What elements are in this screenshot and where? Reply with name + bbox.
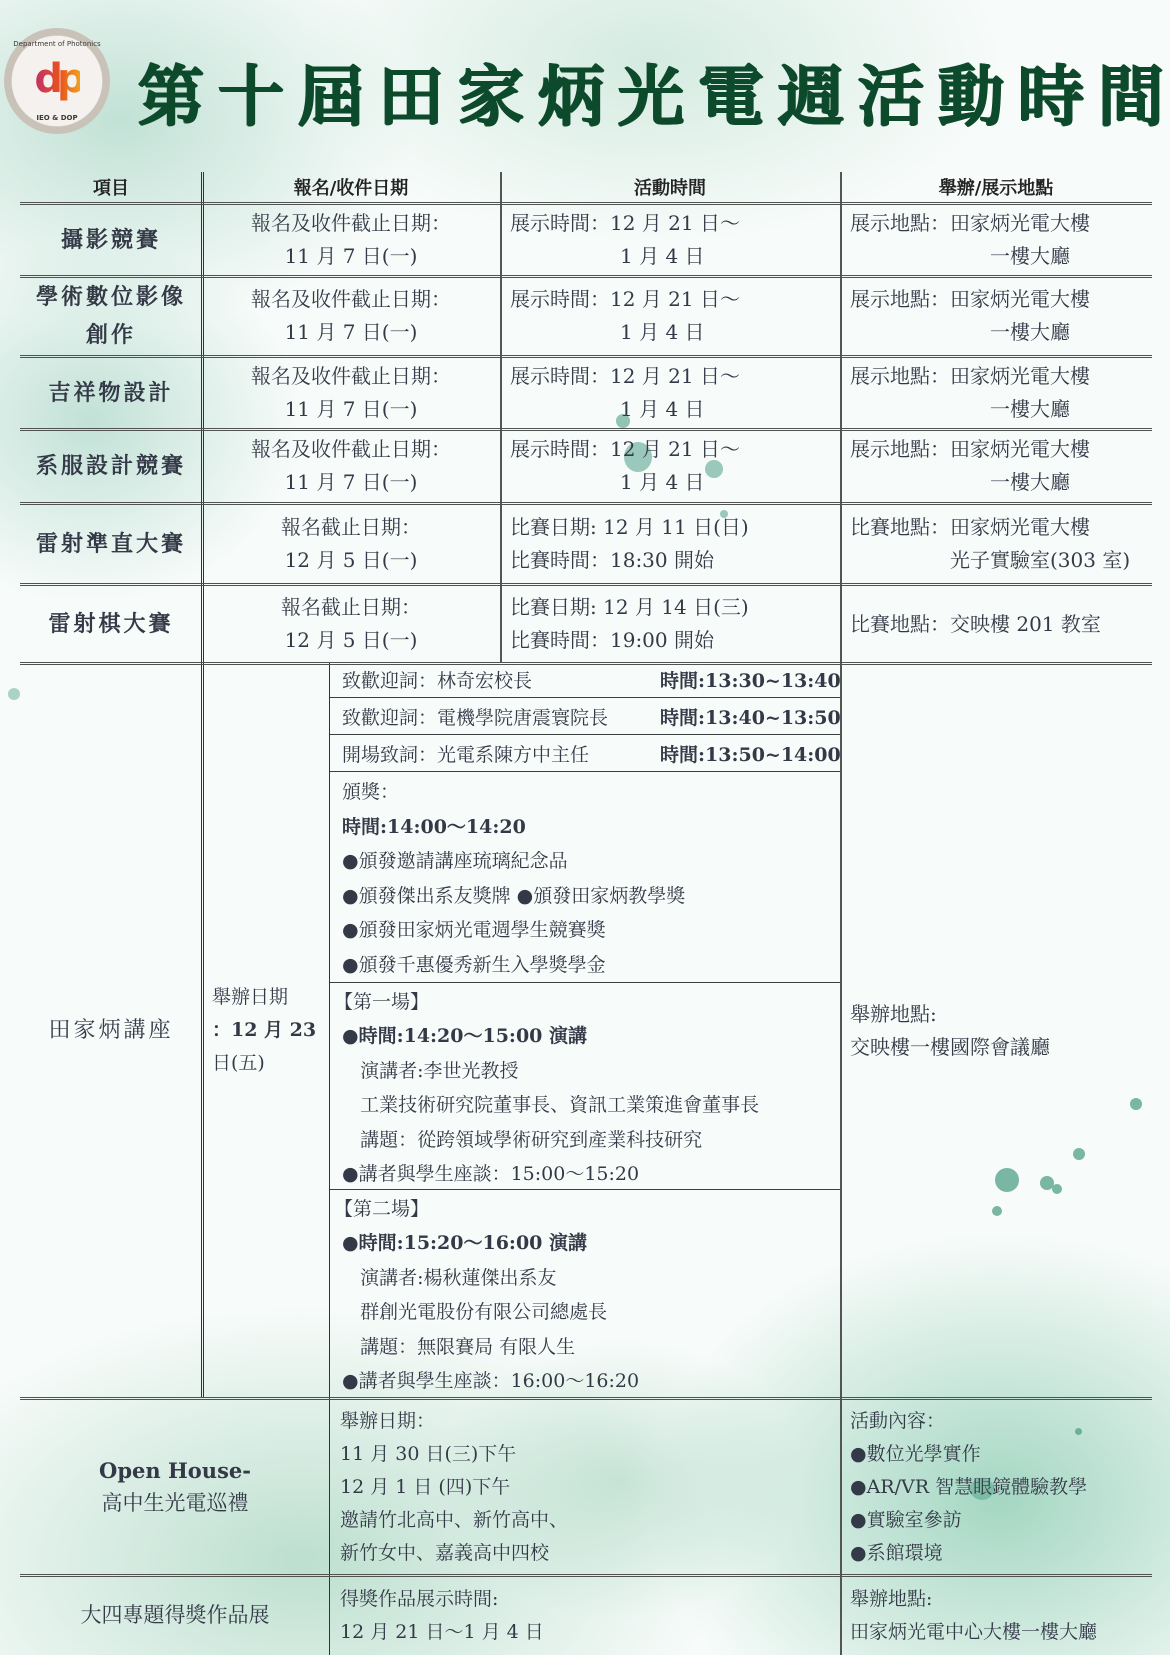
awards-title: 頒獎： xyxy=(342,777,399,804)
table-row-item: 雷射準直大賽 xyxy=(20,504,202,584)
session2-line: ●時間:15:20～16:00 演講 xyxy=(342,1228,587,1255)
table-row-signup: 報名及收件截止日期：11 月 7 日(一) xyxy=(202,204,500,276)
table-row-signup: 報名及收件截止日期：11 月 7 日(一) xyxy=(202,357,500,429)
table-row-signup: 報名及收件截止日期：11 月 7 日(一) xyxy=(202,277,500,355)
session2-line: 群創光電股份有限公司總處長 xyxy=(342,1297,607,1324)
open-house-content: 活動內容：●數位光學實作●AR/VR 智慧眼鏡體驗教學●實驗室參訪●系館環境 xyxy=(840,1399,1152,1575)
table-row-venue: 比賽地點：交映樓 201 教室 xyxy=(840,585,1152,663)
speech-time: 時間:13:30~13:40 xyxy=(660,666,841,693)
lecture-item: 田家炳講座 xyxy=(20,664,202,1397)
lecture-venue: 舉辦地點:交映樓一樓國際會議廳 xyxy=(840,664,1152,1397)
table-row-time: 展示時間：12 月 21 日～1 月 4 日 xyxy=(500,277,840,355)
senior-project-venue: 舉辦地點:田家炳光電中心大樓一樓大廳 xyxy=(840,1576,1152,1655)
session1-line: ●時間:14:20～15:00 演講 xyxy=(342,1021,587,1048)
session1-line: 演講者:李世光教授 xyxy=(342,1056,519,1083)
column-header-time: 活動時間 xyxy=(500,172,840,204)
session1-title: 【第一場】 xyxy=(334,987,429,1014)
column-header-item: 項目 xyxy=(20,172,202,204)
table-row-signup: 報名截止日期：12 月 5 日(一) xyxy=(202,585,500,663)
open-house-date: 舉辦日期：11 月 30 日(三)下午12 月 1 日 (四)下午邀請竹北高中、… xyxy=(330,1399,840,1575)
awards-time: 時間:14:00～14:20 xyxy=(342,812,526,839)
speech-welcome-dean: 致歡迎詞：電機學院唐震寰院長 xyxy=(342,703,608,730)
lecture-inner-divider xyxy=(330,1189,840,1190)
department-logo: Department of Photonics dp IEO & DOP xyxy=(4,28,110,134)
table-row-venue: 展示地點：田家炳光電大樓一樓大廳 xyxy=(840,430,1152,502)
column-header-venue: 舉辦/展示地點 xyxy=(840,172,1152,204)
logo-ring-text-bottom: IEO & DOP xyxy=(4,114,110,122)
senior-project-item: 大四專題得獎作品展 xyxy=(20,1576,330,1655)
award-item: ●頒發邀請講座琉璃紀念品 xyxy=(342,846,568,873)
speech-welcome-president: 致歡迎詞：林奇宏校長 xyxy=(342,666,532,693)
page-title: 第十屆田家炳光電週活動時間表 xyxy=(138,50,1158,142)
lecture-date: 舉辦日期：12 月 23日(五) xyxy=(202,664,330,1397)
senior-project-time: 得獎作品展示時間:12 月 21 日～1 月 4 日 xyxy=(330,1576,840,1655)
table-row-venue: 展示地點：田家炳光電大樓一樓大廳 xyxy=(840,204,1152,276)
speech-time: 時間:13:50~14:00 xyxy=(660,740,841,767)
lecture-inner-divider xyxy=(330,982,840,983)
lecture-inner-divider xyxy=(330,697,840,698)
table-row-time: 比賽日期: 12 月 14 日(三)比賽時間：19:00 開始 xyxy=(500,585,840,663)
table-row-venue: 比賽地點：田家炳光電大樓光子實驗室(303 室) xyxy=(840,504,1152,584)
table-row-item: 攝影競賽 xyxy=(20,204,202,276)
column-header-signup: 報名/收件日期 xyxy=(202,172,500,204)
table-row-venue: 展示地點：田家炳光電大樓一樓大廳 xyxy=(840,357,1152,429)
table-row-time: 展示時間：12 月 21 日～1 月 4 日 xyxy=(500,430,840,502)
table-row-time: 展示時間：12 月 21 日～1 月 4 日 xyxy=(500,357,840,429)
session2-line: 講題：無限賽局 有限人生 xyxy=(342,1332,575,1359)
session1-line: 講題：從跨領域學術研究到產業科技研究 xyxy=(342,1125,702,1152)
award-item: ●頒發傑出系友獎牌 ●頒發田家炳教學獎 xyxy=(342,881,685,908)
session2-line: ●講者與學生座談：16:00～16:20 xyxy=(342,1366,639,1393)
lecture-inner-divider xyxy=(330,734,840,735)
table-row-item: 吉祥物設計 xyxy=(20,357,202,429)
paint-splat xyxy=(8,688,20,700)
table-row-time: 展示時間：12 月 21 日～1 月 4 日 xyxy=(500,204,840,276)
table-row-item: 學術數位影像創作 xyxy=(20,277,202,355)
table-row-item: 雷射棋大賽 xyxy=(20,585,202,663)
session2-line: 演講者:楊秋蓮傑出系友 xyxy=(342,1263,557,1290)
session1-line: ●講者與學生座談：15:00～15:20 xyxy=(342,1159,639,1186)
logo-mark: dp xyxy=(34,56,79,102)
table-row-venue: 展示地點：田家炳光電大樓一樓大廳 xyxy=(840,277,1152,355)
session2-title: 【第二場】 xyxy=(334,1194,429,1221)
award-item: ●頒發千惠優秀新生入學獎學金 xyxy=(342,950,606,977)
session1-line: 工業技術研究院董事長、資訊工業策進會董事長 xyxy=(342,1090,759,1117)
speech-opening-chair: 開場致詞：光電系陳方中主任 xyxy=(342,740,589,767)
table-row-time: 比賽日期: 12 月 11 日(日)比賽時間：18:30 開始 xyxy=(500,504,840,584)
table-row-item: 系服設計競賽 xyxy=(20,430,202,502)
speech-time: 時間:13:40~13:50 xyxy=(660,703,841,730)
lecture-inner-divider xyxy=(330,771,840,772)
table-row-signup: 報名及收件截止日期：11 月 7 日(一) xyxy=(202,430,500,502)
logo-ring-text-top: Department of Photonics xyxy=(4,40,110,48)
open-house-item: Open House-高中生光電巡禮 xyxy=(20,1399,330,1575)
table-row-signup: 報名截止日期：12 月 5 日(一) xyxy=(202,504,500,584)
award-item: ●頒發田家炳光電週學生競賽獎 xyxy=(342,915,606,942)
